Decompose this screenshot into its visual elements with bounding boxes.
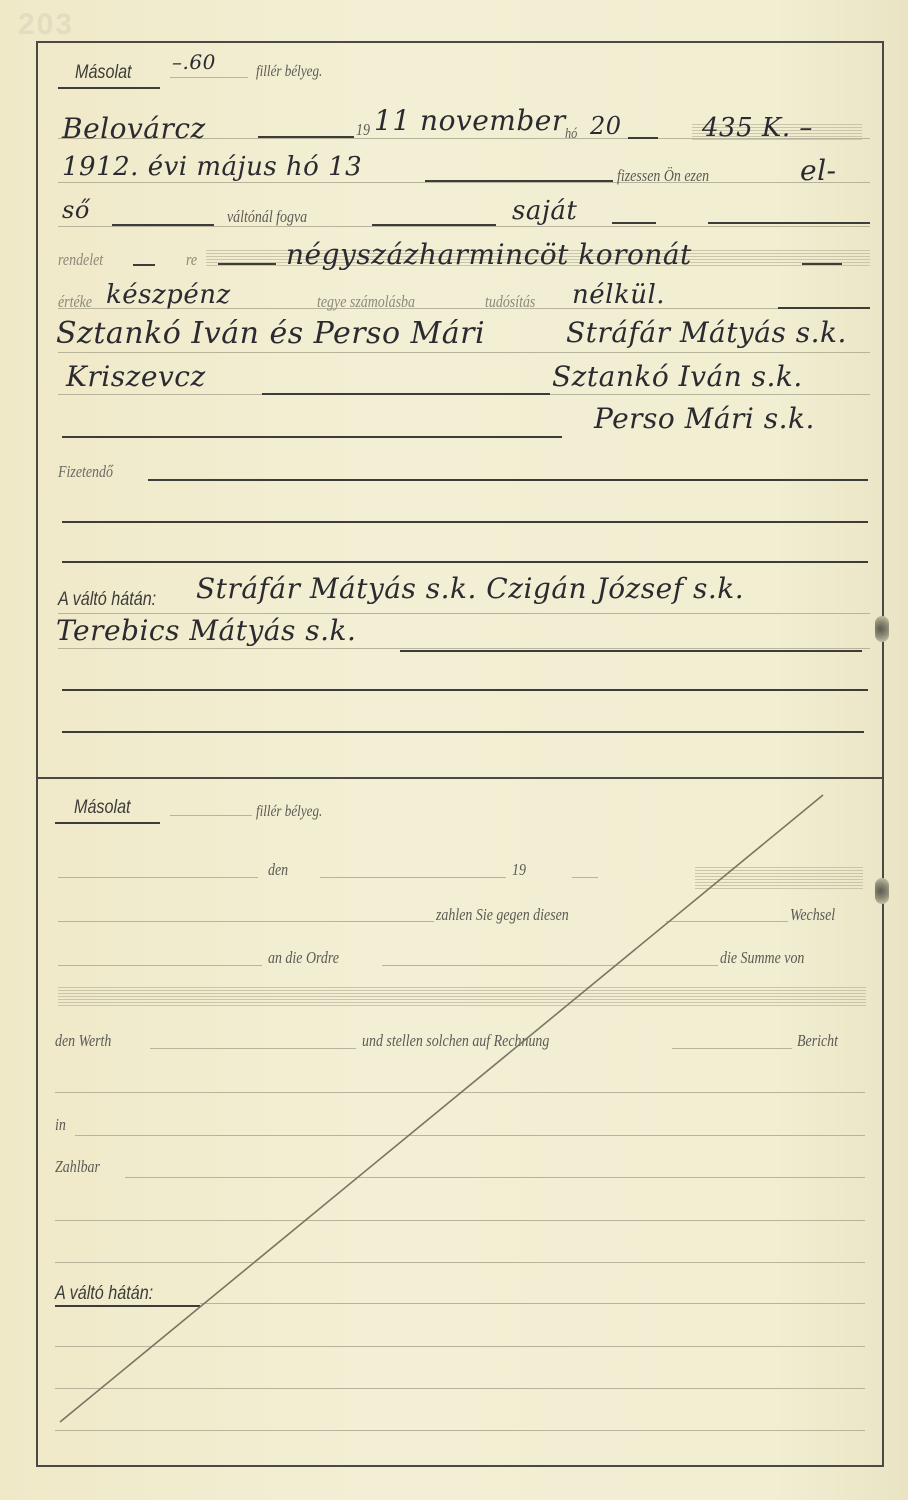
- strike-through-line: [0, 0, 908, 1500]
